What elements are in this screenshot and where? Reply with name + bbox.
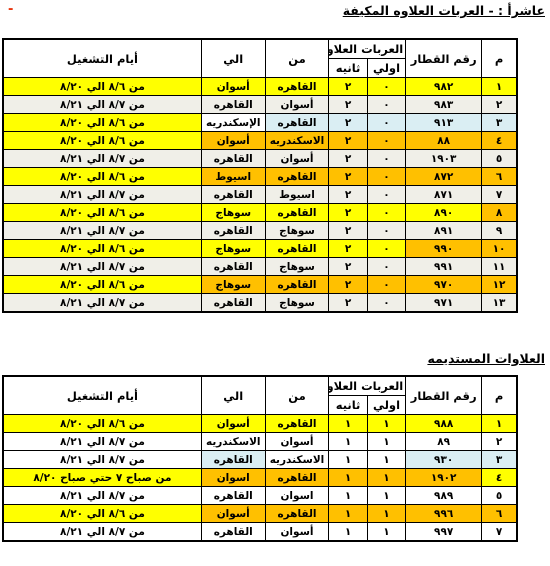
cell-operating-days: من ٨/٧ الي ٨/٢١ <box>3 258 201 276</box>
cell-to-station: الاسكندريه <box>201 433 265 451</box>
cell-train-no: ٨٩ <box>406 433 482 451</box>
cell-train-no: ٩٣٠ <box>406 451 482 469</box>
cell-from-station: القاهره <box>265 469 329 487</box>
table-row: ٧٩٩٧١١أسوانالقاهرهمن ٨/٧ الي ٨/٢١ <box>3 523 517 542</box>
cell-first-class: ٠ <box>367 222 405 240</box>
cell-train-no: ٨٧١ <box>406 186 482 204</box>
cell-train-no: ١٩٠٢ <box>406 469 482 487</box>
cell-train-no: ٩٩١ <box>406 258 482 276</box>
cell-train-no: ٩٩٠ <box>406 240 482 258</box>
cell-to-station: القاهره <box>201 451 265 469</box>
cell-operating-days: من ٨/٧ الي ٨/٢١ <box>3 433 201 451</box>
cell-first-class: ١ <box>367 469 405 487</box>
header-second-class: ثانيه <box>329 59 367 78</box>
cell-from-station: أسوان <box>265 523 329 542</box>
cell-first-class: ٠ <box>367 96 405 114</box>
cell-to-station: القاهره <box>201 222 265 240</box>
table-row: ١٣٩٧١٠٢سوهاجالقاهرهمن ٨/٧ الي ٨/٢١ <box>3 294 517 313</box>
cell-to-station: أسوان <box>201 415 265 433</box>
cell-operating-days: من ٨/٦ الي ٨/٢٠ <box>3 204 201 222</box>
cell-first-class: ٠ <box>367 168 405 186</box>
cell-serial: ٨ <box>482 204 517 222</box>
cell-first-class: ١ <box>367 415 405 433</box>
table-header: م رقم القطار العربات العلاوه من الي أيام… <box>3 376 517 415</box>
cell-train-no: ٩٨٨ <box>406 415 482 433</box>
cell-second-class: ٢ <box>329 78 367 96</box>
cell-operating-days: من ٨/٧ الي ٨/٢١ <box>3 523 201 542</box>
cell-serial: ٤ <box>482 469 517 487</box>
table-row: ٧٨٧١٠٢اسيوطالقاهرهمن ٨/٧ الي ٨/٢١ <box>3 186 517 204</box>
cell-train-no: ٩٧٠ <box>406 276 482 294</box>
cell-to-station: أسوان <box>201 505 265 523</box>
cell-serial: ٥ <box>482 150 517 168</box>
cell-to-station: القاهره <box>201 487 265 505</box>
cell-second-class: ٢ <box>329 204 367 222</box>
cell-first-class: ٠ <box>367 294 405 313</box>
header-first-class: اولي <box>367 59 405 78</box>
cell-second-class: ١ <box>329 505 367 523</box>
header-from: من <box>265 376 329 415</box>
cell-serial: ١٣ <box>482 294 517 313</box>
cell-second-class: ٢ <box>329 96 367 114</box>
cell-serial: ٦ <box>482 505 517 523</box>
cell-train-no: ٩٨٢ <box>406 78 482 96</box>
cell-serial: ١ <box>482 78 517 96</box>
cell-second-class: ١ <box>329 523 367 542</box>
cell-serial: ١ <box>482 415 517 433</box>
table-body: ١٩٨٨١١القاهرهأسوانمن ٨/٦ الي ٨/٢٠٢٨٩١١أس… <box>3 415 517 542</box>
cell-to-station: سوهاج <box>201 204 265 222</box>
table-row: ٩٨٩١٠٢سوهاجالقاهرهمن ٨/٧ الي ٨/٢١ <box>3 222 517 240</box>
table-row: ٤١٩٠٢١١القاهرهاسوانمن صباح ٧ حتي صباح ٨/… <box>3 469 517 487</box>
cell-serial: ٩ <box>482 222 517 240</box>
table-row: ٤٨٨٠٢الاسكندريهأسوانمن ٨/٦ الي ٨/٢٠ <box>3 132 517 150</box>
cell-from-station: الاسكندريه <box>265 132 329 150</box>
cell-second-class: ٢ <box>329 294 367 313</box>
header-operating-days: أيام التشغيل <box>3 39 201 78</box>
cell-second-class: ١ <box>329 451 367 469</box>
cell-second-class: ٢ <box>329 240 367 258</box>
cell-to-station: اسوان <box>201 469 265 487</box>
cell-serial: ١١ <box>482 258 517 276</box>
cell-first-class: ١ <box>367 433 405 451</box>
cell-first-class: ١ <box>367 505 405 523</box>
cell-train-no: ٩٩٧ <box>406 523 482 542</box>
header-second-class: ثانيه <box>329 396 367 415</box>
cell-to-station: سوهاج <box>201 240 265 258</box>
cell-first-class: ١ <box>367 487 405 505</box>
cell-second-class: ٢ <box>329 114 367 132</box>
cell-train-no: ٩٧١ <box>406 294 482 313</box>
cell-serial: ٣ <box>482 451 517 469</box>
header-from: من <box>265 39 329 78</box>
cell-serial: ٦ <box>482 168 517 186</box>
cell-from-station: القاهره <box>265 78 329 96</box>
cell-from-station: أسوان <box>265 150 329 168</box>
cell-first-class: ٠ <box>367 240 405 258</box>
cell-operating-days: من ٨/٧ الي ٨/٢١ <box>3 150 201 168</box>
cell-to-station: القاهره <box>201 523 265 542</box>
cell-to-station: القاهره <box>201 96 265 114</box>
cell-to-station: سوهاج <box>201 276 265 294</box>
table-row: ١٩٨٨١١القاهرهأسوانمن ٨/٦ الي ٨/٢٠ <box>3 415 517 433</box>
cell-serial: ٢ <box>482 433 517 451</box>
table-row: ١١٩٩١٠٢سوهاجالقاهرهمن ٨/٧ الي ٨/٢١ <box>3 258 517 276</box>
cell-first-class: ٠ <box>367 114 405 132</box>
cell-serial: ٧ <box>482 186 517 204</box>
cell-operating-days: من صباح ٧ حتي صباح ٨/٢٠ <box>3 469 201 487</box>
header-operating-days: أيام التشغيل <box>3 376 201 415</box>
cell-to-station: أسوان <box>201 78 265 96</box>
cell-from-station: الاسكندريه <box>265 451 329 469</box>
header-serial: م <box>482 39 517 78</box>
cell-operating-days: من ٨/٦ الي ٨/٢٠ <box>3 240 201 258</box>
cell-first-class: ٠ <box>367 204 405 222</box>
cell-train-no: ١٩٠٣ <box>406 150 482 168</box>
cell-from-station: أسوان <box>265 96 329 114</box>
cell-from-station: القاهره <box>265 240 329 258</box>
header-to: الي <box>201 376 265 415</box>
cell-train-no: ٩١٣ <box>406 114 482 132</box>
cell-from-station: اسوان <box>265 487 329 505</box>
cell-first-class: ٠ <box>367 78 405 96</box>
cell-train-no: ٨٩٠ <box>406 204 482 222</box>
cell-operating-days: من ٨/٦ الي ٨/٢٠ <box>3 168 201 186</box>
cell-operating-days: من ٨/٧ الي ٨/٢١ <box>3 451 201 469</box>
cell-operating-days: من ٨/٦ الي ٨/٢٠ <box>3 114 201 132</box>
cell-to-station: الإسكندريه <box>201 114 265 132</box>
cell-first-class: ١ <box>367 451 405 469</box>
page-corner-dash: - <box>8 2 13 17</box>
cell-serial: ٤ <box>482 132 517 150</box>
section-title-ac-allowance-cars: عاشرأ : - العربات العلاوه المكيفة <box>343 3 545 18</box>
cell-to-station: اسيوط <box>201 168 265 186</box>
header-first-class: اولي <box>367 396 405 415</box>
header-allowance-cars: العربات العلاوه <box>329 376 406 396</box>
cell-operating-days: من ٨/٧ الي ٨/٢١ <box>3 487 201 505</box>
cell-operating-days: من ٨/٧ الي ٨/٢١ <box>3 294 201 313</box>
permanent-allowances-table: م رقم القطار العربات العلاوه من الي أيام… <box>2 375 518 542</box>
ac-allowance-cars-table: م رقم القطار العربات العلاوه من الي أيام… <box>2 38 518 313</box>
table-row: ٨٨٩٠٠٢القاهرهسوهاجمن ٨/٦ الي ٨/٢٠ <box>3 204 517 222</box>
header-train-no: رقم القطار <box>406 39 482 78</box>
table-row: ٣٩١٣٠٢القاهرهالإسكندريهمن ٨/٦ الي ٨/٢٠ <box>3 114 517 132</box>
cell-operating-days: من ٨/٧ الي ٨/٢١ <box>3 186 201 204</box>
table-row: ٣٩٣٠١١الاسكندريهالقاهرهمن ٨/٧ الي ٨/٢١ <box>3 451 517 469</box>
header-allowance-cars: العربات العلاوه <box>329 39 406 59</box>
table-body: ١٩٨٢٠٢القاهرهأسوانمن ٨/٦ الي ٨/٢٠٢٩٨٣٠٢أ… <box>3 78 517 313</box>
cell-second-class: ٢ <box>329 276 367 294</box>
header-train-no: رقم القطار <box>406 376 482 415</box>
cell-second-class: ١ <box>329 487 367 505</box>
cell-to-station: القاهره <box>201 258 265 276</box>
table-row: ١٠٩٩٠٠٢القاهرهسوهاجمن ٨/٦ الي ٨/٢٠ <box>3 240 517 258</box>
cell-from-station: سوهاج <box>265 222 329 240</box>
cell-from-station: القاهره <box>265 505 329 523</box>
table-row: ٥٩٨٩١١اسوانالقاهرهمن ٨/٧ الي ٨/٢١ <box>3 487 517 505</box>
header-serial: م <box>482 376 517 415</box>
cell-to-station: أسوان <box>201 132 265 150</box>
cell-second-class: ٢ <box>329 222 367 240</box>
cell-serial: ٥ <box>482 487 517 505</box>
cell-train-no: ٩٩٦ <box>406 505 482 523</box>
table-row: ١٢٩٧٠٠٢القاهرهسوهاجمن ٨/٦ الي ٨/٢٠ <box>3 276 517 294</box>
table-row: ٦٩٩٦١١القاهرهأسوانمن ٨/٦ الي ٨/٢٠ <box>3 505 517 523</box>
cell-first-class: ٠ <box>367 276 405 294</box>
cell-first-class: ٠ <box>367 150 405 168</box>
table-row: ٦٨٧٢٠٢القاهرهاسيوطمن ٨/٦ الي ٨/٢٠ <box>3 168 517 186</box>
cell-to-station: القاهره <box>201 150 265 168</box>
cell-train-no: ٨٩١ <box>406 222 482 240</box>
cell-operating-days: من ٨/٧ الي ٨/٢١ <box>3 96 201 114</box>
cell-from-station: سوهاج <box>265 294 329 313</box>
cell-to-station: القاهره <box>201 294 265 313</box>
cell-train-no: ٩٨٩ <box>406 487 482 505</box>
cell-operating-days: من ٨/٦ الي ٨/٢٠ <box>3 78 201 96</box>
cell-second-class: ٢ <box>329 168 367 186</box>
cell-operating-days: من ٨/٦ الي ٨/٢٠ <box>3 132 201 150</box>
table-header: م رقم القطار العربات العلاوه من الي أيام… <box>3 39 517 78</box>
cell-from-station: القاهره <box>265 276 329 294</box>
cell-second-class: ٢ <box>329 132 367 150</box>
cell-from-station: القاهره <box>265 114 329 132</box>
header-to: الي <box>201 39 265 78</box>
cell-from-station: اسيوط <box>265 186 329 204</box>
cell-second-class: ٢ <box>329 150 367 168</box>
cell-from-station: القاهره <box>265 415 329 433</box>
cell-operating-days: من ٨/٦ الي ٨/٢٠ <box>3 505 201 523</box>
section-title-permanent-allowances: العلاوات المستديمه <box>427 351 545 366</box>
cell-serial: ٣ <box>482 114 517 132</box>
cell-from-station: القاهره <box>265 168 329 186</box>
cell-second-class: ٢ <box>329 258 367 276</box>
cell-train-no: ٨٧٢ <box>406 168 482 186</box>
cell-train-no: ٨٨ <box>406 132 482 150</box>
table-row: ١٩٨٢٠٢القاهرهأسوانمن ٨/٦ الي ٨/٢٠ <box>3 78 517 96</box>
cell-first-class: ٠ <box>367 132 405 150</box>
cell-operating-days: من ٨/٦ الي ٨/٢٠ <box>3 276 201 294</box>
table-row: ٥١٩٠٣٠٢أسوانالقاهرهمن ٨/٧ الي ٨/٢١ <box>3 150 517 168</box>
cell-first-class: ٠ <box>367 258 405 276</box>
cell-second-class: ١ <box>329 433 367 451</box>
cell-second-class: ١ <box>329 469 367 487</box>
cell-second-class: ٢ <box>329 186 367 204</box>
cell-serial: ١٢ <box>482 276 517 294</box>
cell-serial: ٧ <box>482 523 517 542</box>
cell-operating-days: من ٨/٧ الي ٨/٢١ <box>3 222 201 240</box>
cell-first-class: ١ <box>367 523 405 542</box>
table-row: ٢٩٨٣٠٢أسوانالقاهرهمن ٨/٧ الي ٨/٢١ <box>3 96 517 114</box>
cell-first-class: ٠ <box>367 186 405 204</box>
cell-from-station: أسوان <box>265 433 329 451</box>
cell-to-station: القاهره <box>201 186 265 204</box>
cell-serial: ٢ <box>482 96 517 114</box>
cell-train-no: ٩٨٣ <box>406 96 482 114</box>
cell-operating-days: من ٨/٦ الي ٨/٢٠ <box>3 415 201 433</box>
table-row: ٢٨٩١١أسوانالاسكندريهمن ٨/٧ الي ٨/٢١ <box>3 433 517 451</box>
cell-from-station: القاهره <box>265 204 329 222</box>
cell-second-class: ١ <box>329 415 367 433</box>
cell-from-station: سوهاج <box>265 258 329 276</box>
cell-serial: ١٠ <box>482 240 517 258</box>
